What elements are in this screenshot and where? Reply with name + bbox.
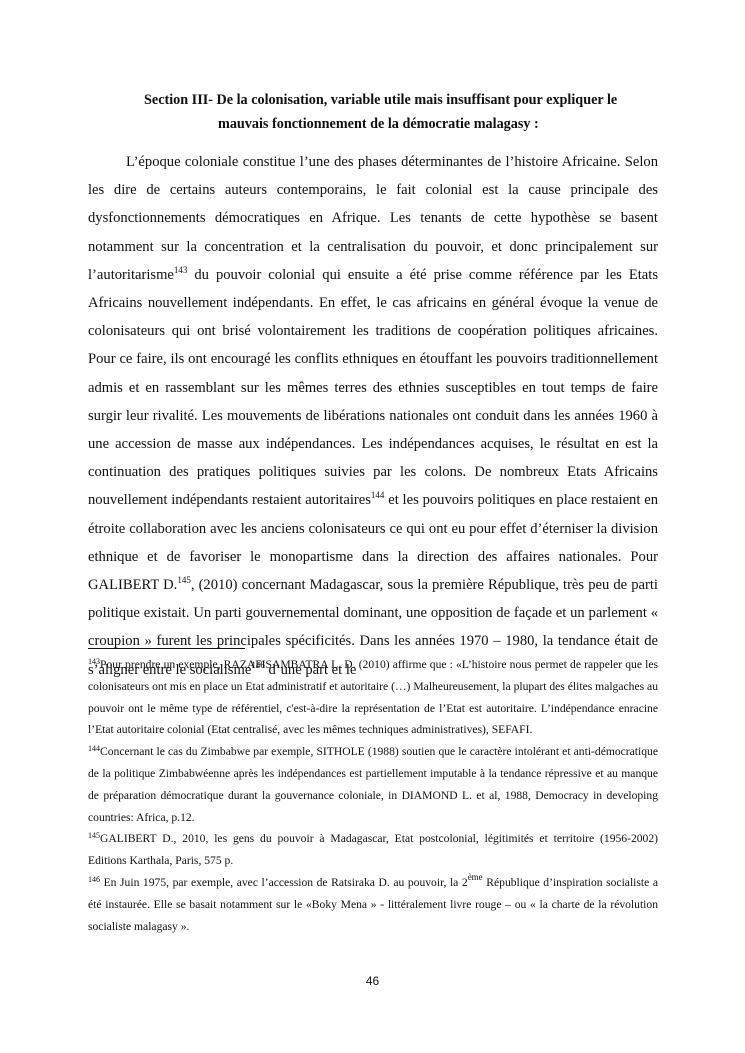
body-text-segment: du pouvoir colonial qui ensuite a été pr… <box>88 267 658 509</box>
body-paragraph: L’époque coloniale constitue l’une des p… <box>88 148 658 684</box>
section-heading-line-1: Section III- De la colonisation, variabl… <box>88 88 658 112</box>
footnote-number: 145 <box>88 831 100 840</box>
footnote-number: 144 <box>88 744 100 753</box>
body-text-segment: L’époque coloniale constitue l’une des p… <box>88 154 658 283</box>
footnote-145: 145GALIBERT D., 2010, les gens du pouvoi… <box>88 828 658 872</box>
section-heading: Section III- De la colonisation, variabl… <box>88 88 658 136</box>
ordinal-superscript: ème <box>468 872 483 882</box>
footnote-text: GALIBERT D., 2010, les gens du pouvoir à… <box>88 832 658 867</box>
footnote-146: 146 En Juin 1975, par exemple, avec l’ac… <box>88 872 658 937</box>
footnote-ref-144: 144 <box>371 490 385 500</box>
footnote-ref-143: 143 <box>174 265 188 275</box>
document-page: Section III- De la colonisation, variabl… <box>0 0 745 1053</box>
footnote-ref-145: 145 <box>177 575 191 585</box>
footnote-text: Pour prendre un exemple, RAZAFISAMBATRA … <box>88 658 658 736</box>
footnote-text: Concernant le cas du Zimbabwe par exempl… <box>88 745 658 823</box>
footnote-separator <box>88 648 245 649</box>
footnote-number: 143 <box>88 657 100 666</box>
footnotes: 143Pour prendre un exemple, RAZAFISAMBAT… <box>88 654 658 937</box>
footnote-number: 146 <box>88 875 100 884</box>
footnote-144: 144Concernant le cas du Zimbabwe par exe… <box>88 741 658 828</box>
section-heading-line-2: mauvais fonctionnement de la démocratie … <box>88 112 658 136</box>
footnote-text: En Juin 1975, par exemple, avec l’access… <box>100 876 468 889</box>
footnote-143: 143Pour prendre un exemple, RAZAFISAMBAT… <box>88 654 658 741</box>
page-number: 46 <box>0 974 745 988</box>
body-paragraph-block: L’époque coloniale constitue l’une des p… <box>88 148 658 684</box>
